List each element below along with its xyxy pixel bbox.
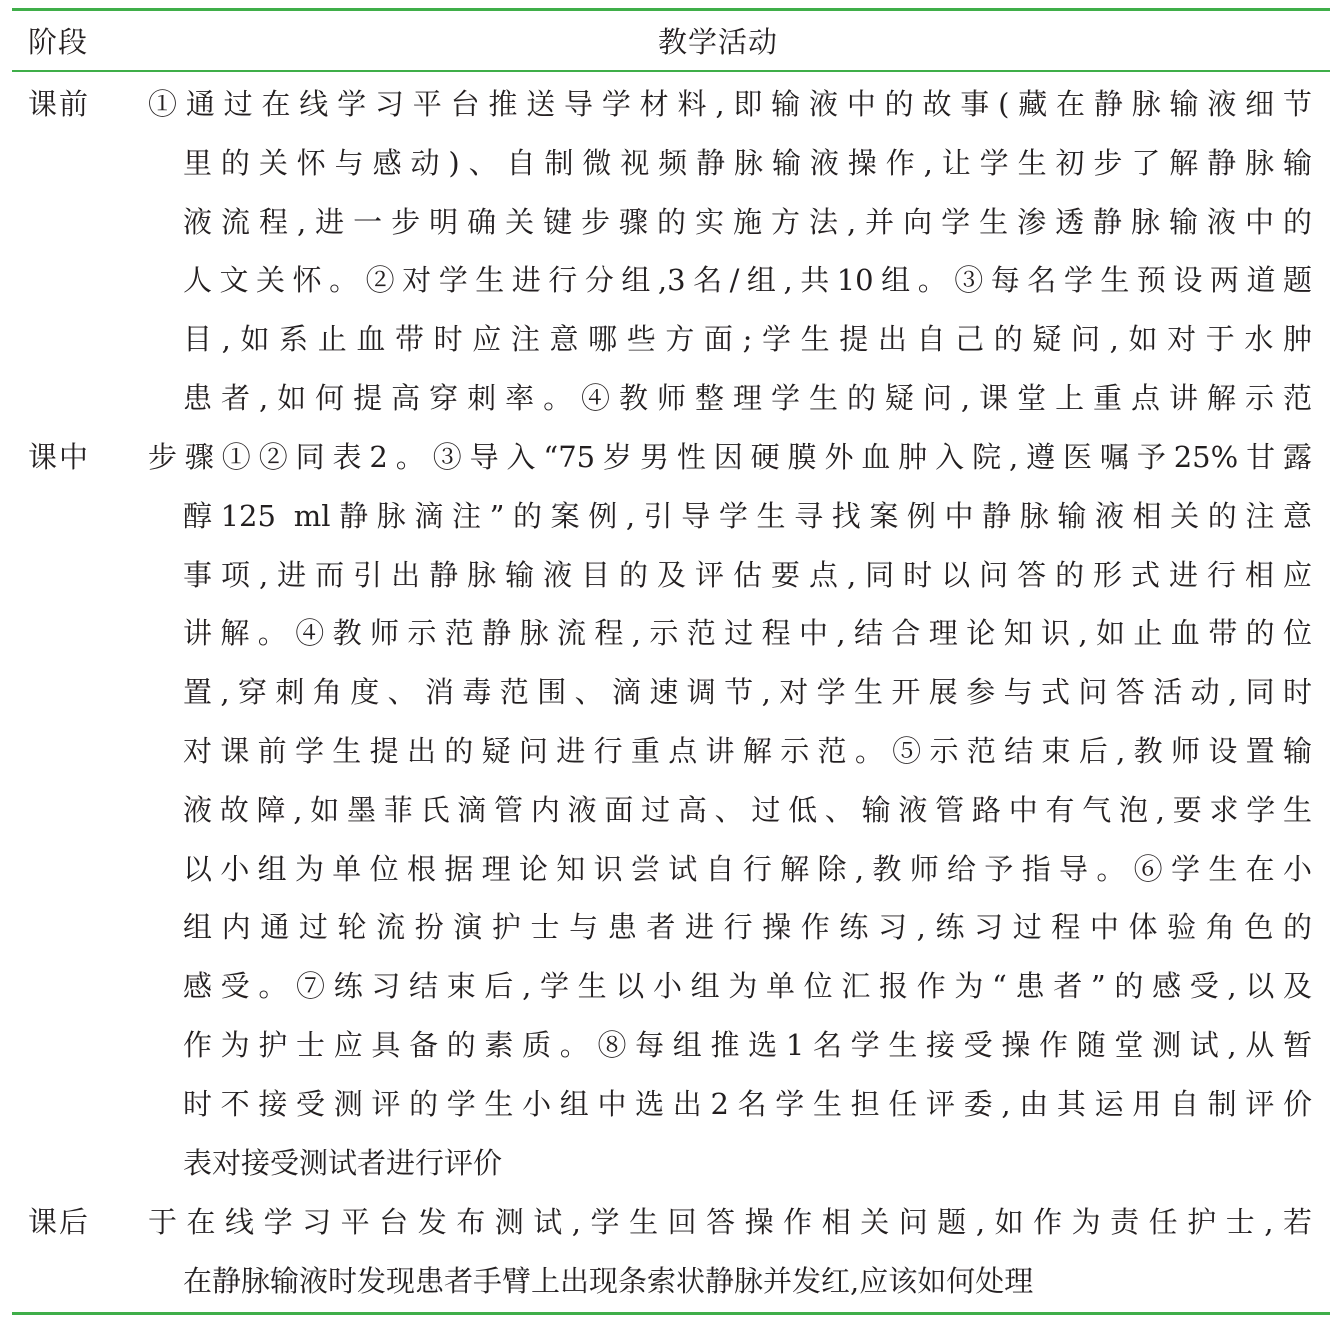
activity-cell: ①通过在线学习平台推送导学材料,即输液中的故事(藏在静脉输液细节 里的关怀与感动…	[148, 75, 1312, 428]
stage-cell: 课后	[28, 1193, 90, 1252]
activity-cell: 于在线学习平台发布测试,学生回答操作相关问题,如作为责任护士,若 在静脉输液时发…	[148, 1193, 1312, 1311]
activity-line: 人文关怀。②对学生进行分组,3名/组,共10组。③每名学生预设两道题	[148, 251, 1312, 310]
activity-line: 里的关怀与感动)、自制微视频静脉输液操作,让学生初步了解静脉输	[148, 134, 1312, 193]
header-stage: 阶段	[28, 20, 88, 64]
bottom-rule	[12, 1312, 1330, 1315]
activity-line: ①通过在线学习平台推送导学材料,即输液中的故事(藏在静脉输液细节	[148, 75, 1312, 134]
stage-cell: 课中	[28, 428, 90, 487]
activity-line: 醇125 ml静脉滴注”的案例,引导学生寻找案例中静脉输液相关的注意	[148, 487, 1312, 546]
activity-line: 讲解。④教师示范静脉流程,示范过程中,结合理论知识,如止血带的位	[148, 604, 1312, 663]
activity-line: 于在线学习平台发布测试,学生回答操作相关问题,如作为责任护士,若	[148, 1193, 1312, 1252]
activity-line: 时不接受测评的学生小组中选出2名学生担任评委,由其运用自制评价	[148, 1075, 1312, 1134]
activity-line: 表对接受测试者进行评价	[148, 1134, 1312, 1193]
activity-cell: 步骤①②同表2。③导入“75岁男性因硬膜外血肿入院,遵医嘱予25%甘露 醇125…	[148, 428, 1312, 1192]
activity-line: 患者,如何提高穿刺率。④教师整理学生的疑问,课堂上重点讲解示范	[148, 369, 1312, 428]
activity-line: 在静脉输液时发现患者手臂上出现条索状静脉并发红,应该如何处理	[148, 1252, 1312, 1311]
header-rule	[12, 70, 1330, 72]
activity-line: 置,穿刺角度、消毒范围、滴速调节,对学生开展参与式问答活动,同时	[148, 663, 1312, 722]
activity-line: 以小组为单位根据理论知识尝试自行解除,教师给予指导。⑥学生在小	[148, 840, 1312, 899]
activity-line: 液故障,如墨菲氏滴管内液面过高、过低、输液管路中有气泡,要求学生	[148, 781, 1312, 840]
activity-line: 感受。⑦练习结束后,学生以小组为单位汇报作为“患者”的感受,以及	[148, 957, 1312, 1016]
activity-line: 组内通过轮流扮演护士与患者进行操作练习,练习过程中体验角色的	[148, 898, 1312, 957]
activity-line: 液流程,进一步明确关键步骤的实施方法,并向学生渗透静脉输液中的	[148, 193, 1312, 252]
header-activity: 教学活动	[658, 20, 778, 64]
activity-line: 步骤①②同表2。③导入“75岁男性因硬膜外血肿入院,遵医嘱予25%甘露	[148, 428, 1312, 487]
activity-line: 作为护士应具备的素质。⑧每组推选1名学生接受操作随堂测试,从暂	[148, 1016, 1312, 1075]
activity-line: 目,如系止血带时应注意哪些方面;学生提出自己的疑问,如对于水肿	[148, 310, 1312, 369]
stage-cell: 课前	[28, 75, 90, 134]
activity-line: 对课前学生提出的疑问进行重点讲解示范。⑤示范结束后,教师设置输	[148, 722, 1312, 781]
activity-line: 事项,进而引出静脉输液目的及评估要点,同时以问答的形式进行相应	[148, 546, 1312, 605]
top-rule	[12, 8, 1330, 11]
